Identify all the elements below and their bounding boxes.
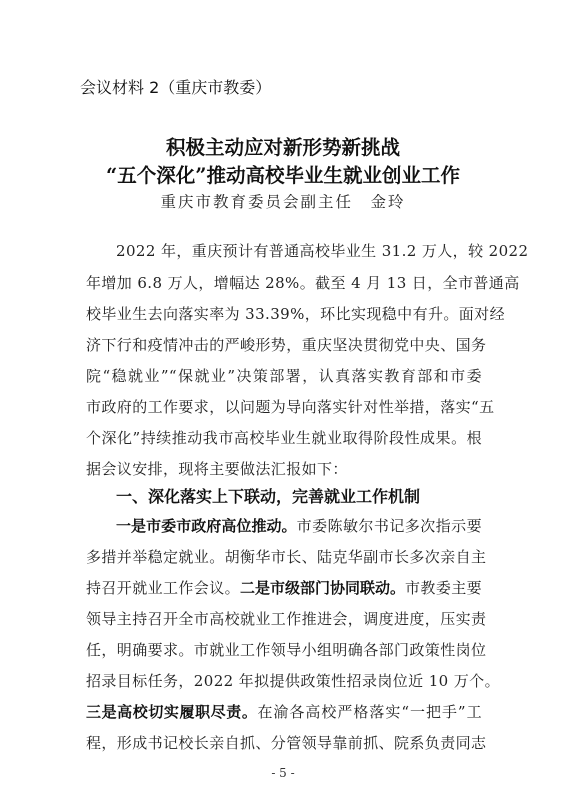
intro-line-5: 院“稳就业”“保就业”决策部署，认真落实教育部和市委 — [86, 365, 482, 386]
point-1-heading: 一是市委市政府高位推动。 — [116, 517, 297, 535]
section-1-line-3: 持召开就业工作会议。二是市级部门协同联动。市教委主要 — [86, 577, 482, 598]
point-3-heading: 三是高校切实履职尽责。 — [86, 703, 257, 721]
section-1-line-8: 程，形成书记校长亲自抓、分管领导靠前抓、院系负责同志 — [86, 732, 482, 753]
intro-line-6: 市政府的工作要求，以问题为导向落实针对性举措，落实“五 — [86, 396, 482, 417]
section-1-line-1: 一是市委市政府高位推动。市委陈敏尔书记多次指示要 — [116, 515, 482, 536]
point-2-text: 市教委主要 — [405, 579, 482, 597]
section-1-line-5: 任，明确要求。市就业工作领导小组明确各部门政策性岗位 — [86, 639, 482, 660]
title-line-1: 积极主动应对新形势新挑战 — [0, 132, 566, 160]
meeting-material-label: 会议材料 2（重庆市教委） — [80, 75, 271, 98]
section-1-line-7: 三是高校切实履职尽责。在渝各高校严格落实“一把手”工 — [86, 701, 482, 722]
document-page: 会议材料 2（重庆市教委） 积极主动应对新形势新挑战 “五个深化”推动高校毕业生… — [0, 0, 566, 800]
section-1-line-6: 招录目标任务，2022 年拟提供政策性招录岗位近 10 万个。 — [86, 670, 482, 691]
intro-line-8: 据会议安排，现将主要做法汇报如下： — [86, 458, 482, 479]
point-2-heading: 二是市级部门协同联动。 — [240, 579, 405, 597]
intro-line-7: 个深化”持续推动我市高校毕业生就业取得阶段性成果。根 — [86, 427, 482, 448]
title-line-2: “五个深化”推动高校毕业生就业创业工作 — [0, 160, 566, 188]
line-3-text: 持召开就业工作会议。 — [86, 579, 240, 597]
page-number: - 5 - — [0, 766, 566, 780]
intro-line-2: 年增加 6.8 万人，增幅达 28%。截至 4 月 13 日，全市普通高 — [86, 272, 482, 293]
intro-line-4: 济下行和疫情冲击的严峻形势，重庆坚决贯彻党中央、国务 — [86, 334, 482, 355]
author-line: 重庆市教育委员会副主任 金玲 — [0, 190, 566, 212]
section-1-heading: 一、深化落实上下联动，完善就业工作机制 — [116, 484, 420, 507]
point-3-text: 在渝各高校严格落实“一把手”工 — [257, 703, 482, 721]
section-1-line-2: 多措并举稳定就业。胡衡华市长、陆克华副市长多次亲自主 — [86, 546, 482, 567]
section-1-line-4: 领导主持召开全市高校就业工作推进会，调度进度，压实责 — [86, 608, 482, 629]
point-1-text: 市委陈敏尔书记多次指示要 — [297, 517, 482, 535]
intro-line-1: 2022 年，重庆预计有普通高校毕业生 31.2 万人，较 2022 — [116, 240, 482, 261]
intro-line-3: 校毕业生去向落实率为 33.39%，环比实现稳中有升。面对经 — [86, 303, 482, 324]
